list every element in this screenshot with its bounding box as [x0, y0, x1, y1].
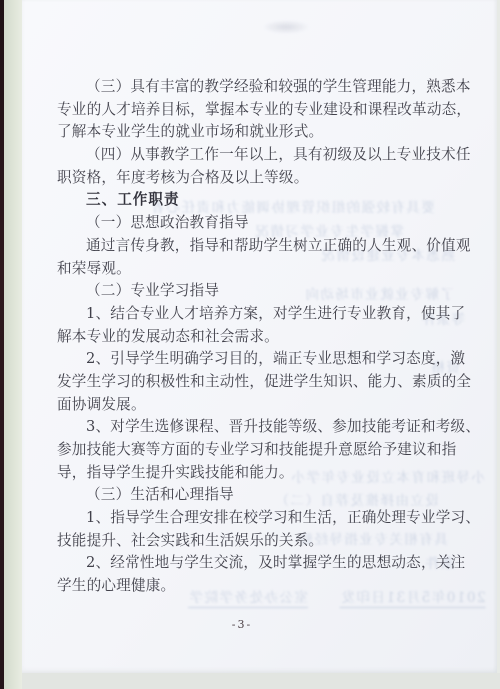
scanner-bed-bottom [22, 673, 500, 689]
body-line: 学生的心理健康。 [57, 575, 461, 598]
body-line: 专业的人才培养目标，掌握本专业的专业建设和课程改革动态， [57, 99, 461, 122]
body-line: 职资格，年度考核为合格及以上等级。 [57, 167, 461, 190]
scanned-document-page: 要具有较强的组织管理协调能力和责任心者 掌握学生专业学习情况 熟悉本专业建设情况… [0, 0, 500, 689]
body-line: 了解本专业学生的就业市场和就业形式。 [57, 121, 461, 144]
body-line: 通过言传身教，指导和帮助学生树立正确的人生观、价值观 [57, 235, 461, 258]
body-line: 面协调发展。 [57, 394, 461, 417]
scan-left-margin-strip [4, 0, 22, 689]
scan-smudge [262, 20, 310, 34]
body-line: 3、对学生选修课程、晋升技能等级、参加技能考证和考级、 [57, 416, 461, 439]
body-line: 和荣辱观。 [57, 258, 461, 281]
body-line: 技能提升、社会实践和生活娱乐的关系。 [57, 530, 461, 553]
subsection-heading: （三）生活和心理指导 [57, 484, 461, 507]
document-body: （三）具有丰富的教学经验和较强的学生管理能力，熟悉本 专业的人才培养目标，掌握本… [57, 76, 461, 598]
body-line: 发学生学习的积极性和主动性，促进学生知识、能力、素质的全 [57, 371, 461, 394]
subsection-heading: （二）专业学习指导 [57, 280, 461, 303]
body-line: 1、结合专业人才培养方案，对学生进行专业教育，使其了 [57, 303, 461, 326]
subsection-heading: （一）思想政治教育指导 [57, 212, 461, 235]
body-line: 参加技能大赛等方面的专业学习和技能提升意愿给予建议和指 [57, 439, 461, 462]
section-heading: 三、工作职责 [57, 189, 461, 212]
body-line: （四）从事教学工作一年以上，具有初级及以上专业技术任 [57, 144, 461, 167]
paper-sheet: 要具有较强的组织管理协调能力和责任心者 掌握学生专业学习情况 熟悉本专业建设情况… [22, 0, 497, 673]
body-line: 1、指导学生合理安排在校学习和生活，正确处理专业学习、 [57, 507, 461, 530]
body-line: （三）具有丰富的教学经验和较强的学生管理能力，熟悉本 [57, 76, 461, 99]
body-line: 导，指导学生提升实践技能和能力。 [57, 462, 461, 485]
body-line: 解本专业的发展动态和社会需求。 [57, 326, 461, 349]
body-line: 2、引导学生明确学习目的，端正专业思想和学习态度，激 [57, 348, 461, 371]
body-line: 2、经常性地与学生交流，及时掌握学生的思想动态，关注 [57, 552, 461, 575]
page-number: -3- [22, 618, 462, 631]
